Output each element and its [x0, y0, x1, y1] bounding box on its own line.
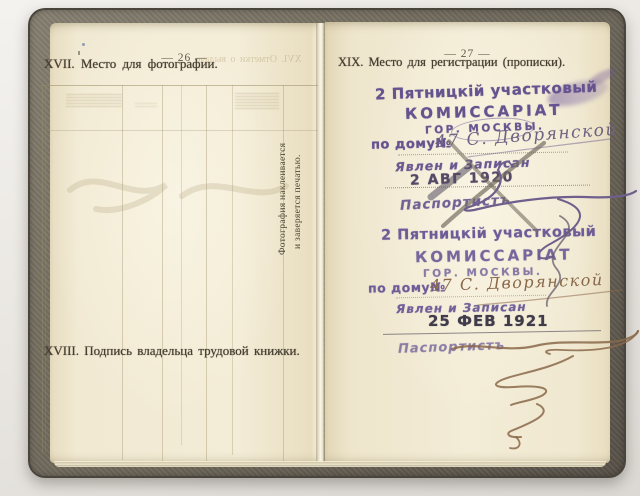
- photo-note-vertical-line2: и заверяется печатью.: [293, 154, 303, 249]
- bleed-table-rule: [40, 85, 319, 86]
- stamp2-org-line1: 2 Пятницкій участковый: [381, 224, 576, 243]
- ink-speck: [82, 43, 85, 46]
- bleed-heading-xvi: XVI. Отметки о выдаче: [196, 54, 302, 65]
- labor-book-scan: — 26 — XVII. Место для фотографии. XVI. …: [0, 0, 640, 496]
- bleed-table-line: [232, 85, 233, 455]
- bleed-table-line: [122, 85, 123, 460]
- left-page: — 26 — XVII. Место для фотографии. XVI. …: [50, 23, 319, 463]
- section-heading-owner-signature: XVIII. Подпись владельца трудовой книжки…: [44, 343, 300, 359]
- stamp1-dotted-line: [398, 152, 568, 156]
- stamp2-date-feb-1921: 25 ФЕВ 1921: [428, 312, 549, 330]
- bleed-table-line: [206, 85, 207, 465]
- stamp2-org-line2: КОМИССАРІАТ: [415, 246, 560, 267]
- stamp2-rule: [383, 330, 601, 335]
- section-heading-photo: XVII. Место для фотографии.: [44, 56, 218, 72]
- bleed-table-line: [42, 85, 43, 453]
- stamp1-org-line1: 2 Пятницкій участковый: [375, 79, 576, 104]
- bleed-text-smudge: [66, 93, 122, 109]
- stamp2-dotted-line: [396, 295, 546, 299]
- stamp2-clerk-label: Паспортистъ: [398, 338, 506, 357]
- photo-note-vertical-line1: Фотография наклеивается: [278, 143, 288, 255]
- bleed-table-rule: [40, 130, 319, 131]
- stamp1-clerk-label: Паспортистъ: [400, 192, 512, 214]
- right-page: — 27 — XIX. Место для регистрации (пропи…: [325, 22, 610, 463]
- bleed-table-line: [162, 85, 163, 463]
- bleed-text-smudge: [135, 101, 157, 109]
- bleed-table-line: [45, 85, 46, 453]
- bleed-table-line: [181, 85, 182, 445]
- section-heading-registration: XIX. Место для регистрации (прописки).: [338, 55, 565, 70]
- page-stack-edge: [54, 461, 606, 467]
- bleed-text-smudge: [235, 93, 279, 111]
